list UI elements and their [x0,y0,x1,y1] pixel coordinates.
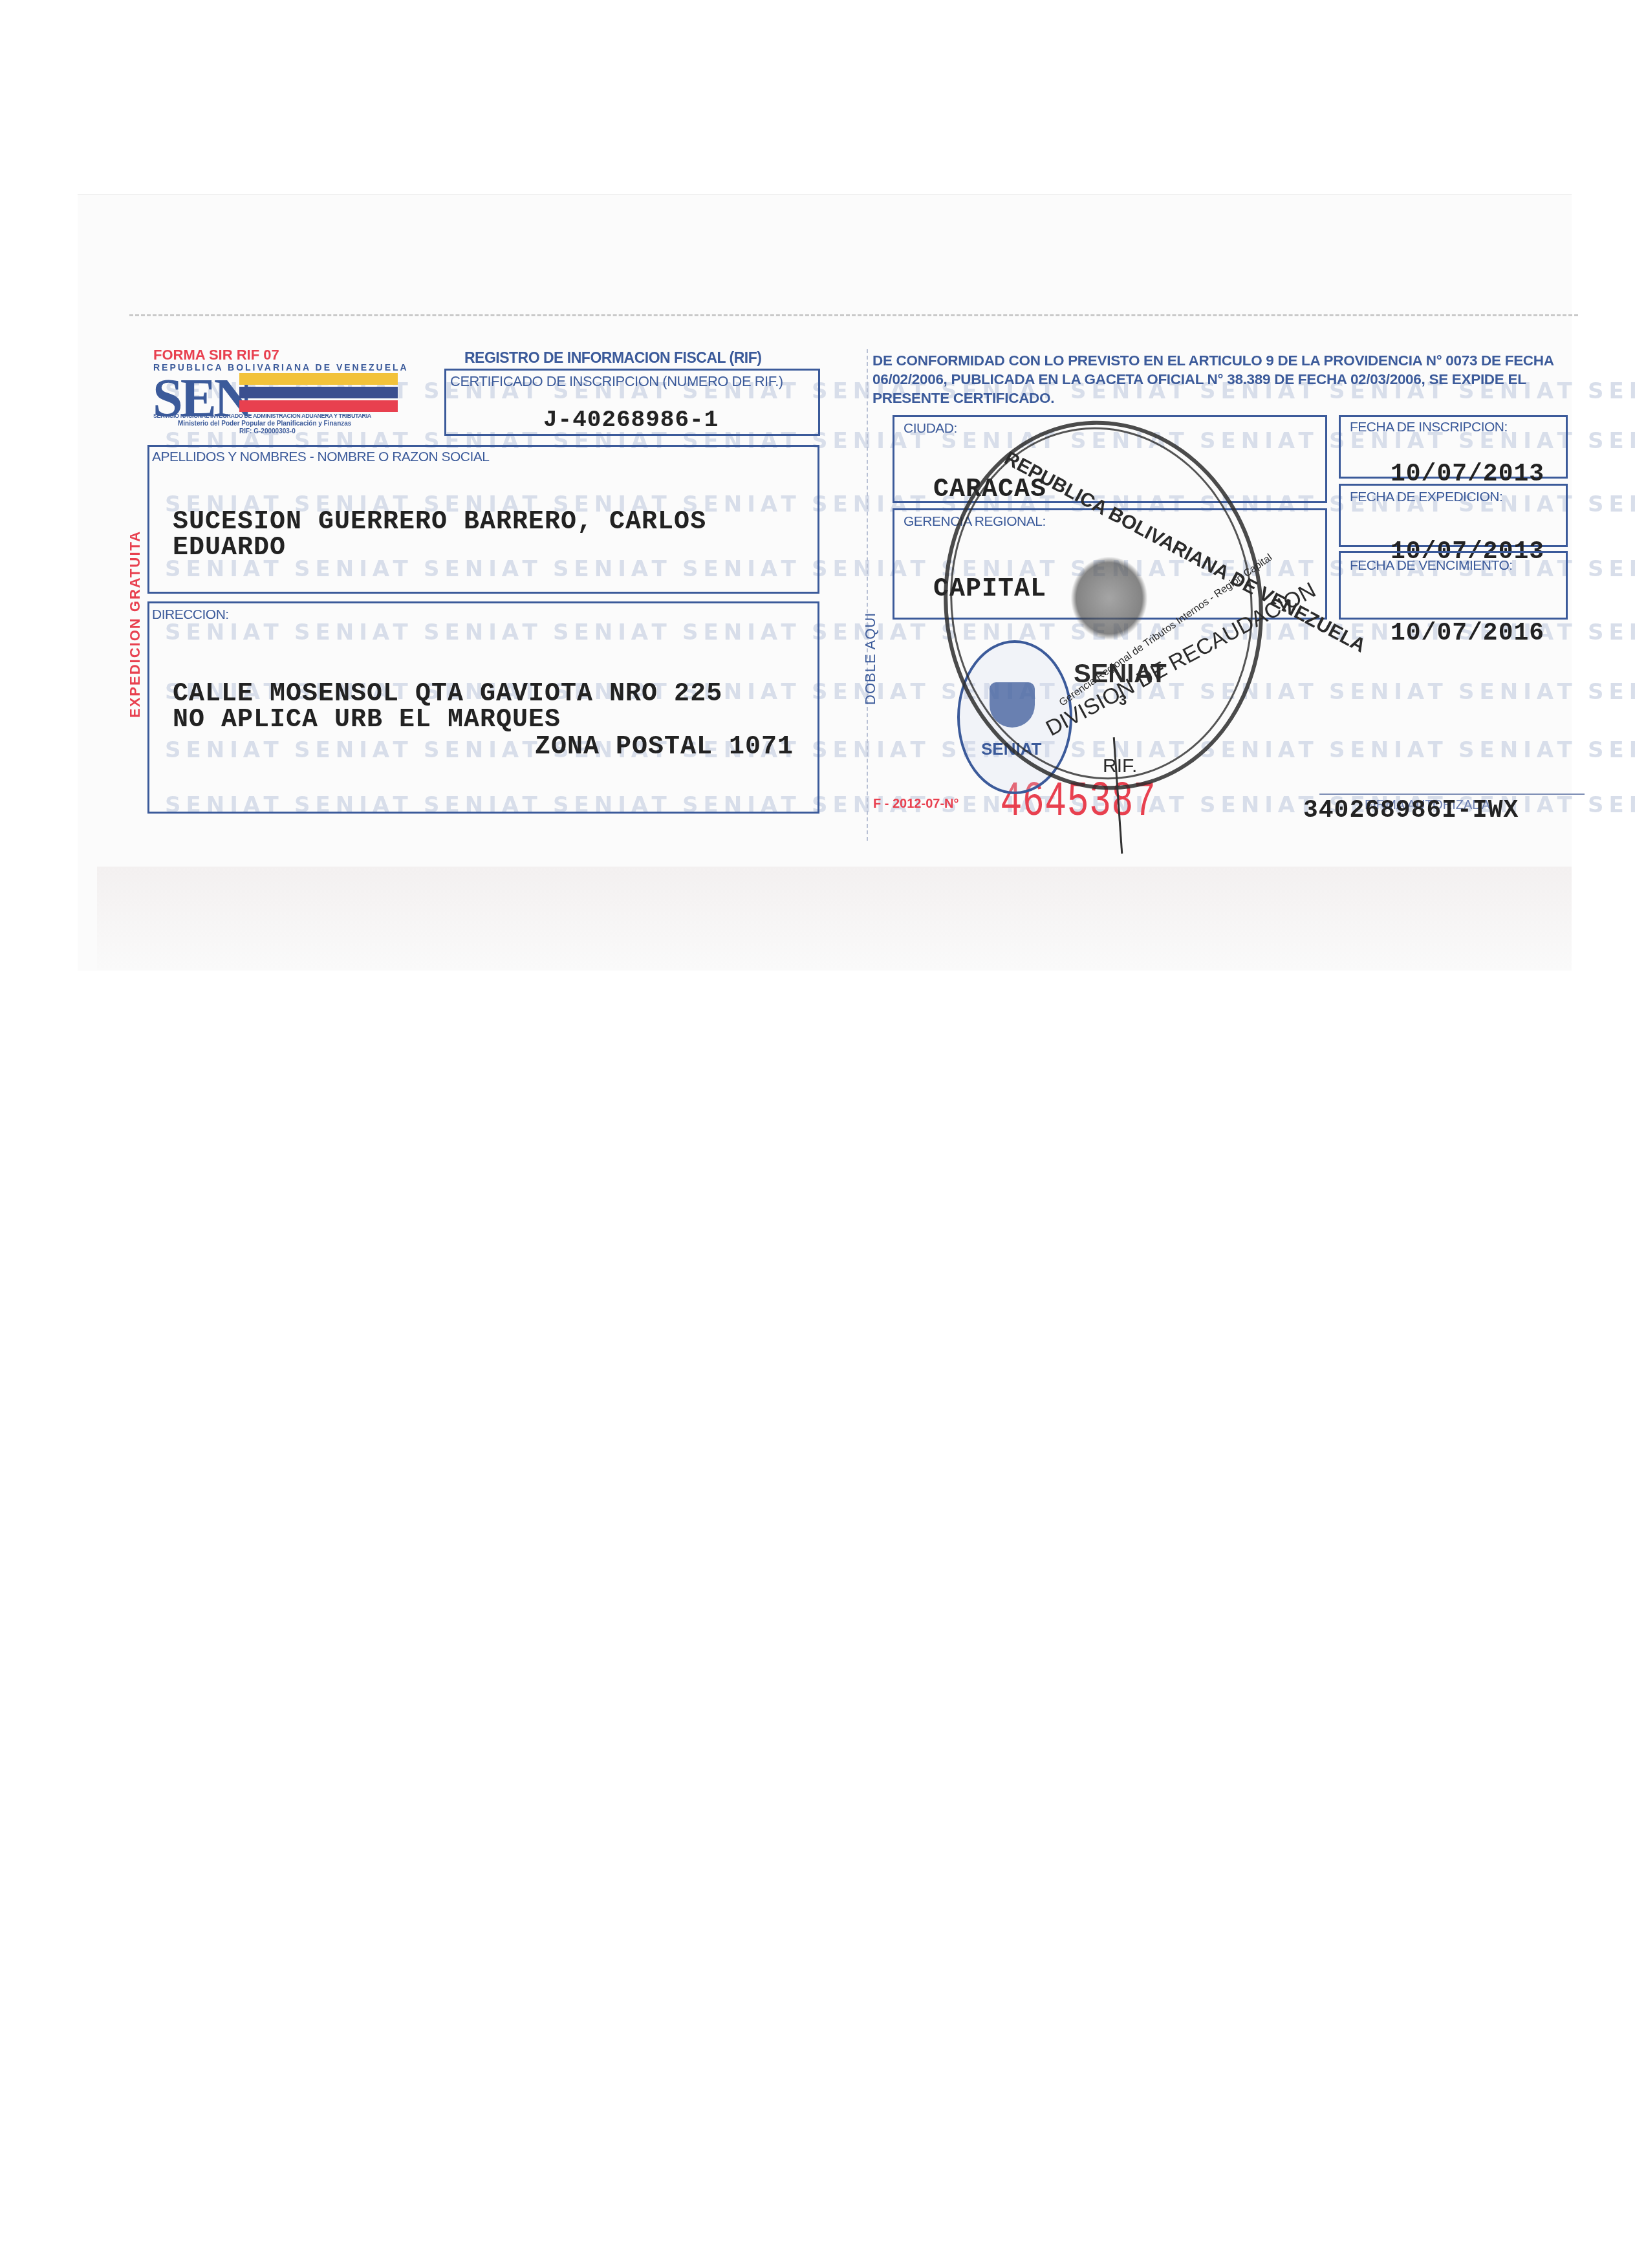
form-code: FORMA SIR RIF 07 [153,347,279,363]
stamp-rif: RIF. [1103,755,1137,777]
address-line3: ZONA POSTAL 1071 [535,733,794,762]
watermark-text: SENIAT [1458,679,1577,705]
signature-line [1319,794,1585,795]
taxpayer-name-line1: SUCESION GUERRERO BARRERO, CARLOS [173,508,706,537]
address-line2: NO APLICA URB EL MARQUES [173,706,561,735]
watermark-text: SENIAT [812,737,931,763]
address-box: DIRECCION: CALLE MOSENSOL QTA GAVIOTA NR… [147,601,819,814]
ministry-name: Ministerio del Poder Popular de Planific… [178,420,351,427]
fold-here-label: DOBLE AQUI [862,612,879,705]
expiry-date: 10/07/2016 [1391,620,1544,647]
issue-date-label: FECHA DE EXPEDICION: [1350,490,1502,505]
coat-of-arms-icon [1070,556,1148,640]
flag-stripe-yellow [239,373,398,385]
expiry-date-label: FECHA DE VENCIMIENTO: [1350,558,1513,574]
watermark-text: SENIAT [1588,792,1635,818]
watermark-text: SENIAT [1329,737,1448,763]
address-label: DIRECCION: [152,607,229,623]
watermark-text: SENIAT [1588,556,1635,582]
rif-number: J-40268986-1 [543,407,719,433]
rif-certificate: SENIATSENIATSENIATSENIATSENIATSENIATSENI… [0,0,1635,905]
rif-number-box: CERTIFICADO DE INSCRIPCION (NUMERO DE RI… [444,369,820,436]
watermark-text: SENIAT [1588,620,1635,645]
taxpayer-name-box: APELLIDOS Y NOMBRES - NOMBRE O RAZON SOC… [147,445,819,594]
watermark-text: SENIAT [1588,679,1635,705]
legal-text: DE CONFORMIDAD CON LO PREVISTO EN EL ART… [872,351,1577,407]
agency-full-name: SERVICIO NACIONAL INTEGRADO DE ADMINISTR… [153,413,371,419]
name-label: APELLIDOS Y NOMBRES - NOMBRE O RAZON SOC… [152,449,490,465]
control-code: 340268986I-IWX [1303,797,1519,825]
watermark-text: SENIAT [1200,737,1319,763]
city-label: CIUDAD: [904,421,957,437]
taxpayer-name-line2: EDUARDO [173,534,286,563]
watermark-text: SENIAT [1458,737,1577,763]
certificate-label: CERTIFICADO DE INSCRIPCION (NUMERO DE RI… [450,373,783,390]
watermark-text: SENIAT [1588,491,1635,517]
agency-rif: RIF: G-20000303-0 [239,428,296,435]
flag-stripe-blue [239,387,398,398]
flag-stripes-icon [239,373,398,414]
watermark-text: SENIAT [1588,378,1635,404]
registration-date-label: FECHA DE INSCRIPCION: [1350,420,1508,435]
watermark-text: SENIAT [1329,679,1448,705]
registry-title: REGISTRO DE INFORMACION FISCAL (RIF) [464,349,761,367]
free-issue-label: EXPEDICION GRATUITA [127,530,144,718]
serial-prefix: F - 2012-07-N° [873,797,959,812]
address-line1: CALLE MOSENSOL QTA GAVIOTA NRO 225 [173,680,722,709]
watermark-text: SENIAT [1588,737,1635,763]
flag-stripe-red [239,400,398,412]
fold-line [867,349,868,841]
expiry-date-box: FECHA DE VENCIMIENTO: [1339,551,1568,620]
watermark-text: SENIAT [1200,792,1319,818]
watermark-text: SENIAT [1588,428,1635,454]
